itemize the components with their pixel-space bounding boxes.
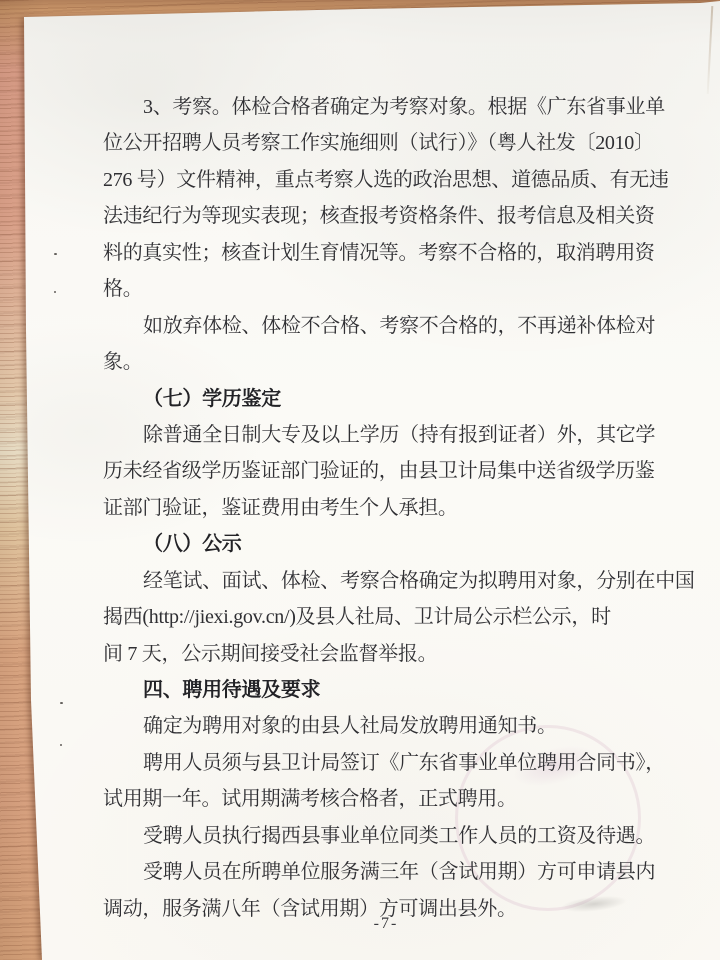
text-line: 除普通全日制大专及以上学历（持有报到证者）外，其它学 [103, 417, 669, 453]
text-line: 受聘人员执行揭西县事业单位同类工作人员的工资及待遇。 [103, 818, 669, 854]
text-line: 如放弃体检、体检不合格、考察不合格的，不再递补体检对 [103, 308, 669, 344]
ink-speck [60, 702, 63, 704]
text-line: 间 7 天，公示期间接受社会监督举报。 [103, 636, 669, 672]
scanned-document-photo: 3、考察。体检合格者确定为考察对象。根据《广东省事业单位公开招聘人员考察工作实施… [0, 0, 720, 960]
text-line: 276 号）文件精神，重点考察人选的政治思想、道德品质、有无违 [103, 162, 669, 198]
ink-speck [54, 253, 57, 255]
text-line: 证部门验证，鉴证费用由考生个人承担。 [103, 490, 669, 526]
text-line: 象。 [103, 344, 669, 380]
heading-line: （七）学历鉴定 [103, 381, 669, 417]
paper-shadow: 3、考察。体检合格者确定为考察对象。根据《广东省事业单位公开招聘人员考察工作实施… [0, 0, 720, 960]
heading-line: 四、聘用待遇及要求 [103, 672, 669, 708]
text-line: 格。 [103, 271, 669, 307]
text-line: 位公开招聘人员考察工作实施细则（试行）》（粤人社发〔2010〕 [103, 125, 669, 161]
paper-edge-crease [707, 6, 714, 94]
text-line: 3、考察。体检合格者确定为考察对象。根据《广东省事业单 [103, 89, 669, 125]
page-number: -7- [103, 915, 669, 933]
document-lines: 3、考察。体检合格者确定为考察对象。根据《广东省事业单位公开招聘人员考察工作实施… [103, 89, 669, 927]
text-line: 确定为聘用对象的由县人社局发放聘用通知书。 [103, 708, 669, 744]
text-line: 受聘人员在所聘单位服务满三年（含试用期）方可申请县内 [103, 854, 669, 890]
text-line: 揭西(http://jiexi.gov.cn/)及县人社局、卫计局公示栏公示，时 [103, 599, 669, 635]
text-line: 经笔试、面试、体检、考察合格确定为拟聘用对象，分别在中国 [103, 563, 669, 599]
text-line: 聘用人员须与县卫计局签订《广东省事业单位聘用合同书》， [103, 745, 669, 781]
ink-speck [54, 291, 56, 293]
text-line: 料的真实性；核查计划生育情况等。考察不合格的，取消聘用资 [103, 235, 669, 271]
ink-speck [60, 744, 62, 746]
text-line: 历未经省级学历鉴证部门验证的，由县卫计局集中送省级学历鉴 [103, 453, 669, 489]
text-line: 法违纪行为等现实表现；核查报考资格条件、报考信息及相关资 [103, 198, 669, 234]
heading-line: （八）公示 [103, 526, 669, 562]
document-page: 3、考察。体检合格者确定为考察对象。根据《广东省事业单位公开招聘人员考察工作实施… [0, 0, 720, 960]
text-line: 试用期一年。试用期满考核合格者，正式聘用。 [103, 781, 669, 817]
